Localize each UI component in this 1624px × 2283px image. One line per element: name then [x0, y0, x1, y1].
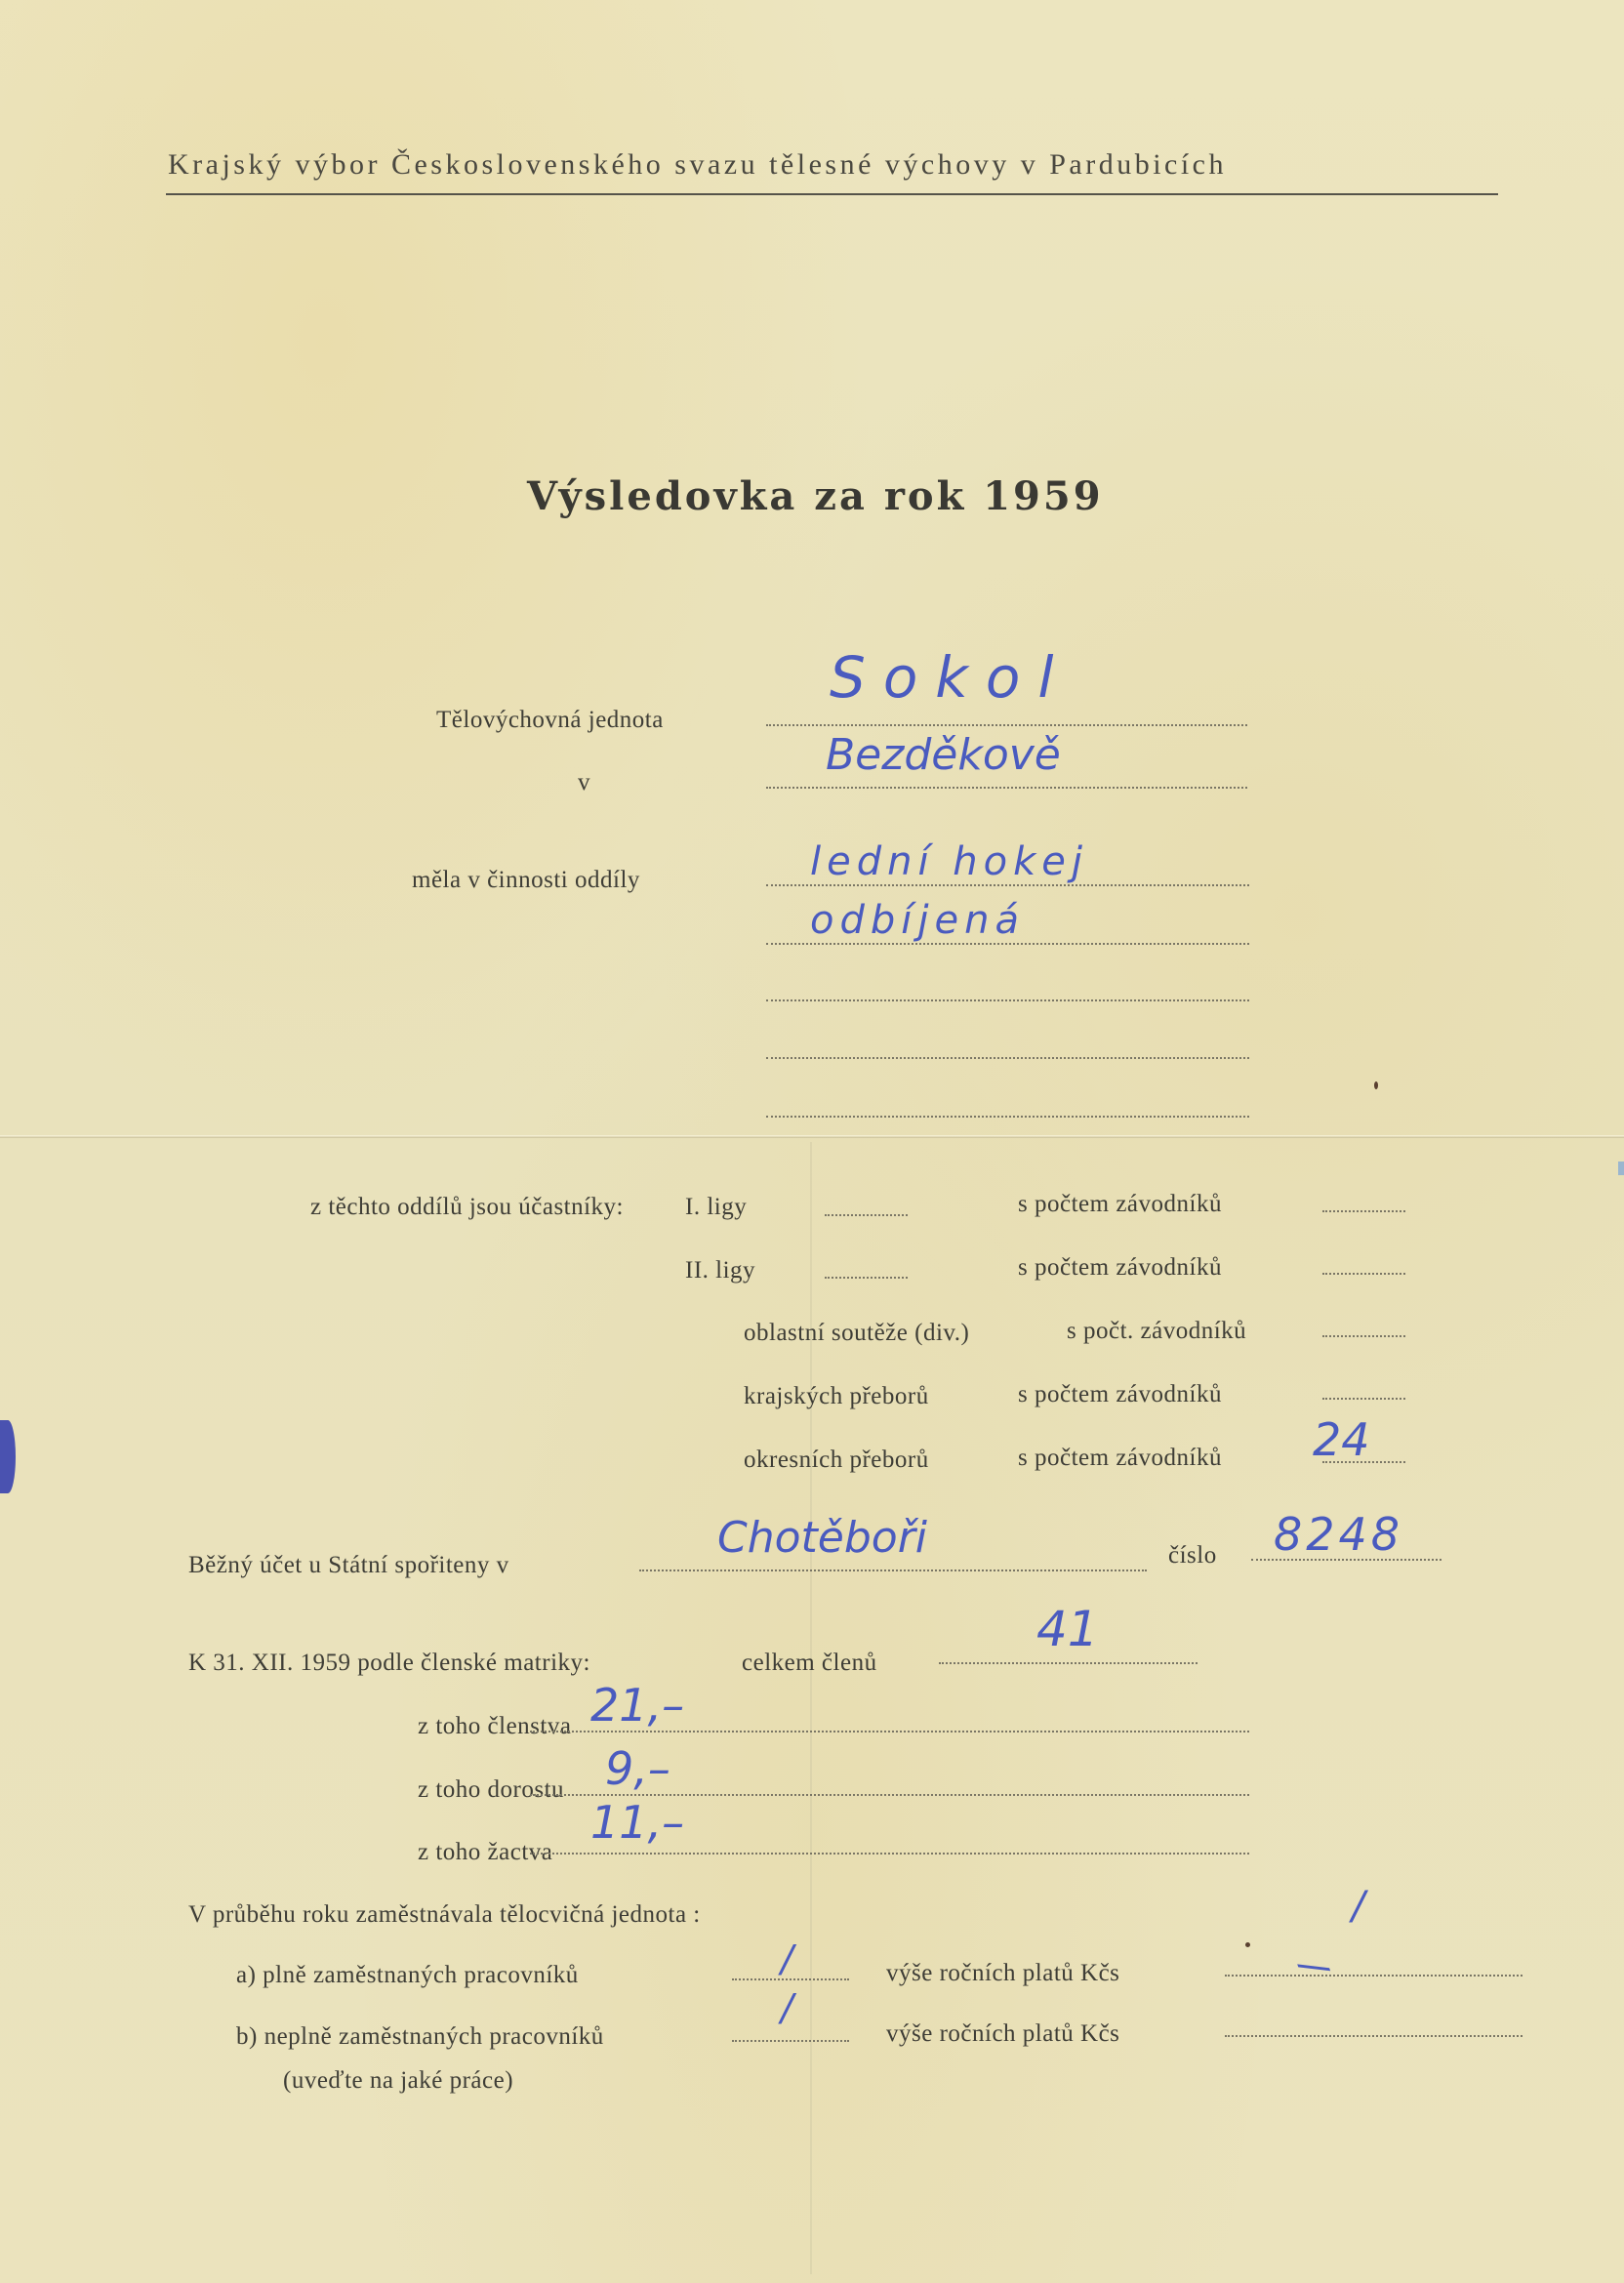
employment-intro-mark: / — [1352, 1884, 1364, 1929]
paper-speck — [1374, 1081, 1378, 1089]
members-row-label-1: z toho členstva — [418, 1713, 571, 1740]
section-field-line-1[interactable] — [766, 884, 1249, 886]
members-row-value-3: 11,– — [590, 1796, 684, 1849]
participation-intro: z těchto oddílů jsou účastníky: — [310, 1194, 624, 1221]
employment-b-value: / — [781, 1986, 793, 2029]
count-label-2: s počtem závodníků — [1018, 1254, 1222, 1282]
level-label-3: oblastní soutěže (div.) — [744, 1320, 969, 1347]
section-value-2: odbíjená — [810, 898, 1025, 943]
employment-b-label: b) neplně zaměstnaných pracovníků — [236, 2023, 604, 2051]
bank-place-value: Chotěboři — [717, 1513, 927, 1563]
level-label-5: okresních přeborů — [744, 1447, 929, 1474]
level-field-1[interactable] — [825, 1214, 908, 1216]
members-total-field[interactable] — [939, 1662, 1198, 1664]
employment-a-salary-field[interactable] — [1225, 1975, 1522, 1977]
employment-a-value: / — [781, 1937, 793, 1980]
unit-label: Tělovýchovná jednota — [436, 707, 664, 734]
count-value-5: 24 — [1313, 1413, 1370, 1466]
employment-a-salary-label: výše ročních platů Kčs — [886, 1960, 1119, 1987]
count-label-3: s počt. závodníků — [1067, 1318, 1246, 1345]
employment-intro: V průběhu roku zaměstnávala tělocvičná j… — [188, 1901, 701, 1929]
members-total-value: 41 — [1036, 1601, 1099, 1657]
section-field-line-2[interactable] — [766, 943, 1249, 945]
unit-field-line[interactable] — [766, 724, 1247, 726]
count-field-1[interactable] — [1322, 1210, 1405, 1212]
section-value-1: lední hokej — [810, 839, 1088, 884]
issuer-header: Krajský výbor Československého svazu těl… — [168, 148, 1227, 182]
members-label: K 31. XII. 1959 podle členské matriky: — [188, 1650, 590, 1677]
section-field-line-5[interactable] — [766, 1116, 1249, 1118]
count-label-5: s počtem závodníků — [1018, 1445, 1222, 1472]
members-row-label-2: z toho dorostu — [418, 1776, 564, 1804]
bank-label: Běžný účet u Státní spořiteny v — [188, 1552, 509, 1579]
members-row-value-1: 21,– — [590, 1679, 684, 1732]
unit-value: Sokol — [830, 644, 1072, 711]
place-value: Bezděkově — [826, 730, 1061, 780]
count-field-4[interactable] — [1322, 1398, 1405, 1400]
count-field-3[interactable] — [1322, 1335, 1405, 1337]
paper-fold-vertical — [810, 1142, 812, 2274]
sections-label: měla v činnosti oddíly — [412, 867, 640, 894]
employment-b-note: (uveďte na jaké práce) — [283, 2067, 513, 2095]
members-total-label: celkem členů — [742, 1650, 877, 1677]
count-label-1: s počtem závodníků — [1018, 1191, 1222, 1218]
employment-b-salary-field[interactable] — [1225, 2035, 1522, 2037]
place-label: v — [578, 769, 590, 796]
level-label-4: krajských přeborů — [744, 1383, 929, 1410]
place-field-line[interactable] — [766, 787, 1247, 789]
ink-mark-edge — [1618, 1162, 1624, 1175]
ink-blot — [0, 1420, 16, 1493]
members-row-field-3[interactable] — [530, 1853, 1249, 1855]
paper-fold-horizontal — [0, 1135, 1624, 1138]
bank-number-label: číslo — [1168, 1542, 1217, 1570]
count-label-4: s počtem závodníků — [1018, 1381, 1222, 1408]
level-label-1: I. ligy — [685, 1194, 747, 1221]
paper-speck — [1245, 1942, 1250, 1947]
section-field-line-4[interactable] — [766, 1057, 1249, 1059]
bank-number-value: 8248 — [1274, 1508, 1403, 1561]
employment-b-field[interactable] — [732, 2040, 849, 2042]
level-field-2[interactable] — [825, 1277, 908, 1279]
members-row-value-2: 9,– — [605, 1742, 670, 1795]
employment-a-label: a) plně zaměstnaných pracovníků — [236, 1962, 579, 1989]
employment-b-salary-label: výše ročních platů Kčs — [886, 2020, 1119, 2048]
bank-place-field[interactable] — [639, 1570, 1147, 1571]
count-field-2[interactable] — [1322, 1273, 1405, 1275]
section-field-line-3[interactable] — [766, 999, 1249, 1001]
header-rule — [166, 193, 1498, 195]
document-title: Výsledovka za rok 1959 — [527, 473, 1104, 519]
level-label-2: II. ligy — [685, 1257, 755, 1284]
